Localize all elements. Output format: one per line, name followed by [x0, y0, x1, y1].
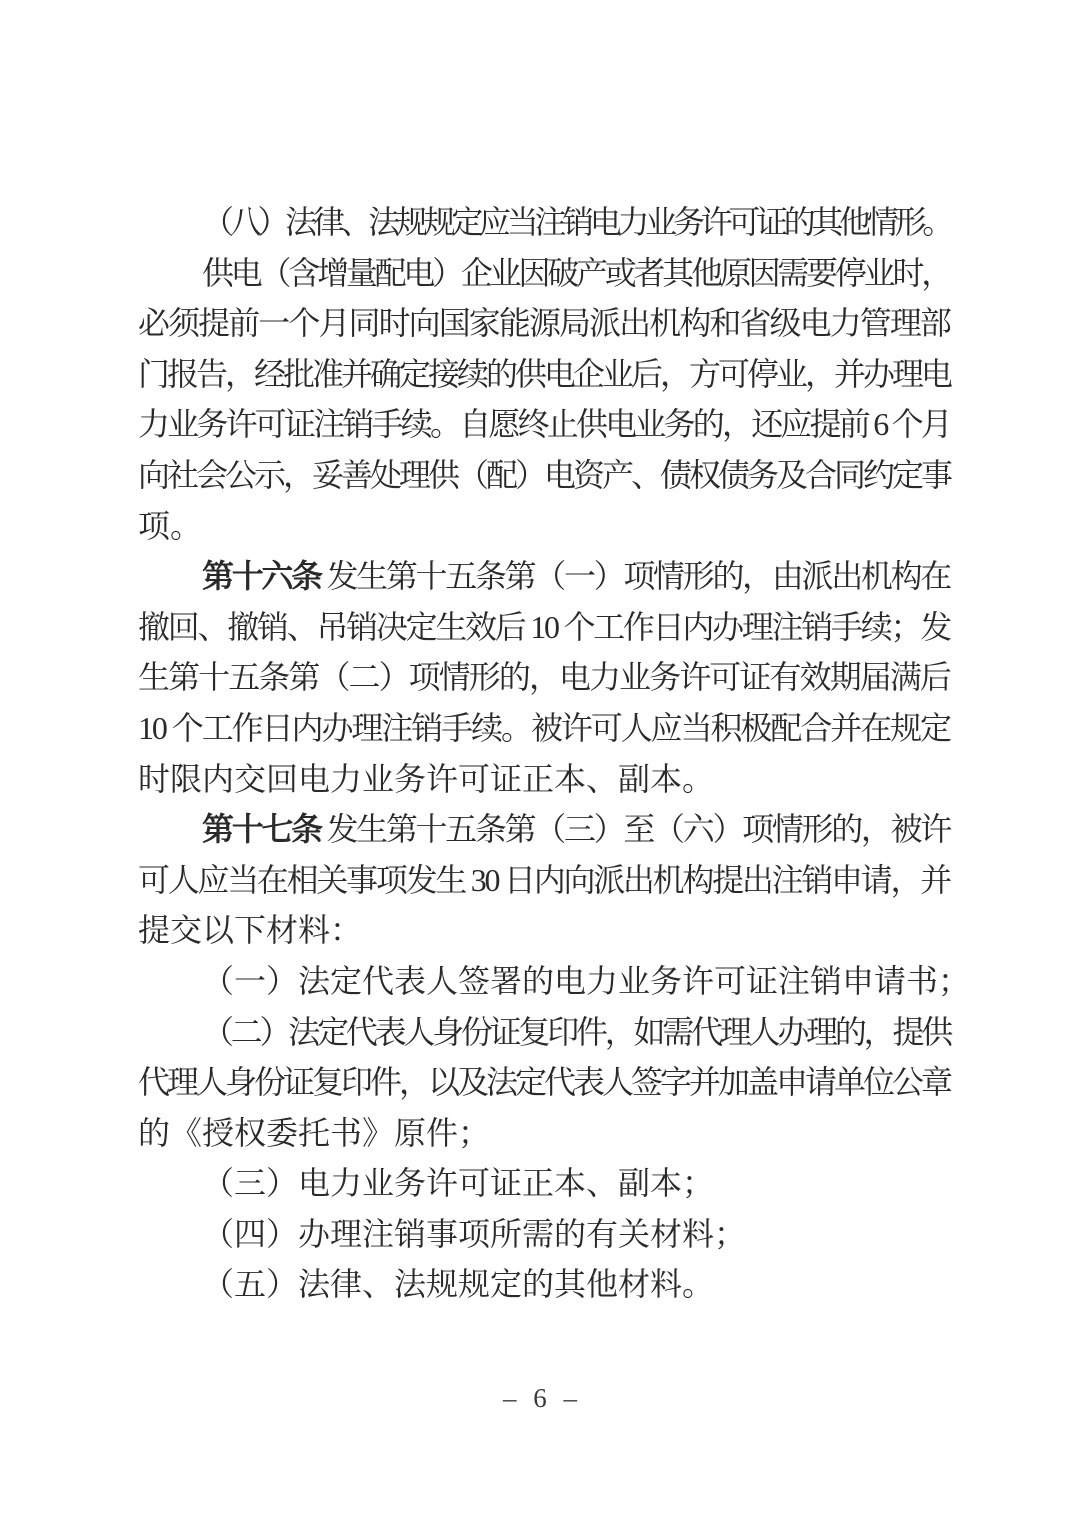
text-line: （五）法律、法规规定的其他材料。 — [138, 1259, 950, 1310]
text-segment: 10 个工作日内办理注销手续。被许可人应当积极配合并在规定 — [138, 710, 950, 746]
text-segment: 必须提前一个月同时向国家能源局派出机构和省级电力管理部 — [138, 305, 950, 341]
text-line: 10 个工作日内办理注销手续。被许可人应当积极配合并在规定 — [138, 703, 950, 754]
text-line: 第十六条 发生第十五条第（一）项情形的，由派出机构在 — [138, 551, 950, 602]
text-line: 时限内交回电力业务许可证正本、副本。 — [138, 754, 950, 805]
text-line: （四）办理注销事项所需的有关材料； — [138, 1209, 950, 1260]
text-segment: 发生第十五条第（一）项情形的，由派出机构在 — [321, 558, 950, 594]
text-line: 撤回、撤销、吊销决定生效后 10 个工作日内办理注销手续；发 — [138, 602, 950, 653]
text-segment: （一）法定代表人签署的电力业务许可证注销申请书； — [202, 963, 970, 999]
text-line: 的《授权委托书》原件； — [138, 1108, 950, 1159]
page-number: – 6 – — [0, 1383, 1080, 1414]
text-line: （八）法律、法规规定应当注销电力业务许可证的其他情形。 — [138, 197, 950, 248]
text-segment: 力业务许可证注销手续。自愿终止供电业务的，还应提前 6 个月 — [138, 406, 950, 442]
text-segment: 可人应当在相关事项发生 30 日内向派出机构提出注销申请，并 — [138, 862, 950, 898]
text-segment: 生第十五条第（二）项情形的，电力业务许可证有效期届满后 — [138, 659, 950, 695]
text-line: 力业务许可证注销手续。自愿终止供电业务的，还应提前 6 个月 — [138, 399, 950, 450]
text-segment: （五）法律、法规规定的其他材料。 — [202, 1266, 714, 1302]
text-line: 生第十五条第（二）项情形的，电力业务许可证有效期届满后 — [138, 652, 950, 703]
text-segment: 发生第十五条第（三）至（六）项情形的，被许 — [321, 811, 950, 847]
text-line: 门报告，经批准并确定接续的供电企业后，方可停业，并办理电 — [138, 349, 950, 400]
text-line: 向社会公示，妥善处理供（配）电资产、债权债务及合同约定事 — [138, 450, 950, 501]
text-segment: 撤回、撤销、吊销决定生效后 10 个工作日内办理注销手续；发 — [138, 609, 950, 645]
document-page: （八）法律、法规规定应当注销电力业务许可证的其他情形。供电（含增量配电）企业因破… — [0, 0, 1080, 1527]
text-segment: 时限内交回电力业务许可证正本、副本。 — [138, 761, 714, 797]
text-segment: 代理人身份证复印件，以及法定代表人签字并加盖申请单位公章 — [138, 1064, 950, 1100]
text-line: 供电（含增量配电）企业因破产或者其他原因需要停业时， — [138, 248, 950, 299]
document-body: （八）法律、法规规定应当注销电力业务许可证的其他情形。供电（含增量配电）企业因破… — [138, 197, 950, 1310]
text-segment: （八）法律、法规规定应当注销电力业务许可证的其他情形。 — [202, 204, 950, 240]
article-number: 第十六条 — [202, 558, 321, 594]
article-number: 第十七条 — [202, 811, 321, 847]
text-line: （二）法定代表人身份证复印件，如需代理人办理的，提供 — [138, 1007, 950, 1058]
text-segment: 门报告，经批准并确定接续的供电企业后，方可停业，并办理电 — [138, 356, 950, 392]
text-line: 提交以下材料： — [138, 905, 950, 956]
text-line: （一）法定代表人签署的电力业务许可证注销申请书； — [138, 956, 950, 1007]
text-line: （三）电力业务许可证正本、副本； — [138, 1158, 950, 1209]
text-line: 可人应当在相关事项发生 30 日内向派出机构提出注销申请，并 — [138, 855, 950, 906]
text-segment: 的《授权委托书》原件； — [138, 1115, 490, 1151]
text-line: 必须提前一个月同时向国家能源局派出机构和省级电力管理部 — [138, 298, 950, 349]
text-line: 代理人身份证复印件，以及法定代表人签字并加盖申请单位公章 — [138, 1057, 950, 1108]
text-segment: 向社会公示，妥善处理供（配）电资产、债权债务及合同约定事 — [138, 457, 950, 493]
text-segment: 供电（含增量配电）企业因破产或者其他原因需要停业时， — [202, 255, 950, 291]
text-segment: （三）电力业务许可证正本、副本； — [202, 1165, 714, 1201]
text-segment: 项。 — [138, 508, 202, 544]
text-line: 第十七条 发生第十五条第（三）至（六）项情形的，被许 — [138, 804, 950, 855]
text-segment: 提交以下材料： — [138, 912, 362, 948]
text-segment: （四）办理注销事项所需的有关材料； — [202, 1216, 746, 1252]
text-line: 项。 — [138, 501, 950, 552]
text-segment: （二）法定代表人身份证复印件，如需代理人办理的，提供 — [202, 1014, 950, 1050]
